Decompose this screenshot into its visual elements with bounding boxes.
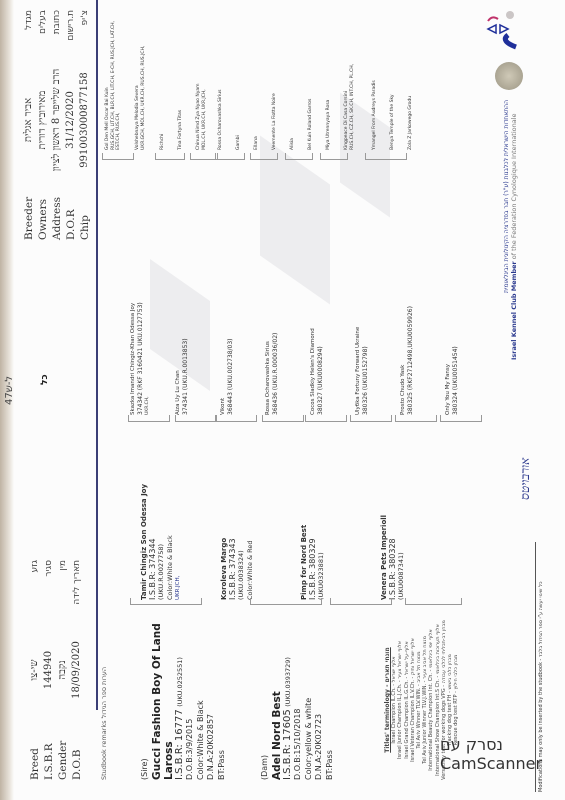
pedigree-bracket — [285, 153, 313, 160]
great-great-grandparent-card[interactable]: Gol Den Mell Oscar Bai KuinRUS.GCH, LIT.… — [105, 10, 122, 150]
pedigree-certificate: 47ל-ש כל Breedשי-צוגזעI.S.B.R144940סגירG… — [0, 0, 565, 800]
great-great-grandparent-card[interactable]: Zola Z Jarkowego Grodu — [408, 10, 414, 150]
great-grandparent-titles: UKR.CH, — [144, 255, 151, 415]
sire-dob: D.O.B:3/9/2015 — [185, 610, 196, 780]
great-grandparent-card[interactable]: Only You My Fansy380324 (UKU0051454) — [445, 255, 459, 415]
header-value: נקבה — [56, 630, 70, 710]
kennel-club-heb: ההתאחדות הישראלית לכלבנות (ע"ר) חבר בפדר… — [503, 100, 510, 360]
dam-bt: BT:Pass — [325, 610, 336, 780]
great-grandparent-name: Cocos Sladkiy Helen's Diamond — [310, 255, 317, 415]
great-great-grandparent-card[interactable]: Benya Temple of the Sky — [390, 10, 396, 150]
great-great-grandparent-card[interactable]: Bel Kuin Roland Garros — [308, 10, 314, 150]
grandparents-column: Tamir Chingiz Son Odessa JoyI.S.B.R: 374… — [0, 470, 565, 600]
great-great-grandparent-titles: UKR.GCH, MOL.CH, UKR.CH, RUS.CH, RUS.JCH… — [141, 10, 147, 150]
header-value: שי-צו — [28, 630, 42, 710]
studbook-remarks: Studbook remarks הערות ספר הגידול — [100, 667, 108, 780]
great-great-grandparent-name: Miya Utrennyaya Rosa — [326, 10, 332, 150]
great-grandparent-reg: 380324 (UKU0051454) — [452, 255, 459, 415]
pedigree-bracket — [128, 415, 170, 422]
pedigree-bracket — [262, 415, 304, 422]
titles-terminology-line: International Beauty Champion Int. Ch. -… — [428, 610, 434, 790]
sire-name: Gucci Fashion Boy Of Land Laross — [151, 610, 175, 780]
pedigree-bracket — [155, 153, 185, 160]
sire-bt: BT:Pass — [217, 610, 228, 780]
sire-isbr: I.S.B.R: 16777 (UKU.0252551) — [175, 610, 186, 780]
great-great-grandparent-name: Ellana — [254, 10, 260, 150]
fci-seal-icon — [495, 62, 523, 90]
pedigree-bracket — [320, 153, 348, 160]
camscanner-watermark: נסרק עם CamScanner — [440, 735, 565, 773]
dam-card[interactable]: (Dam) Adel Nord Best I.S.B.R: 17605 (UKU… — [260, 610, 335, 780]
great-great-grandparent-card[interactable]: Miya Utrennyaya Rosa — [326, 10, 332, 150]
sire-color: Color:White & Black — [196, 610, 207, 780]
sire-role: (Sire) — [140, 610, 151, 780]
pedigree-bracket — [350, 415, 392, 422]
pedigree-bracket — [215, 153, 245, 160]
dam-isbr: I.S.B.R: 17605 (UKU.0393729) — [283, 610, 294, 780]
header-label: D.O.R — [64, 180, 78, 240]
kennel-club-name: Israel Kennel Club Member — [510, 261, 518, 360]
great-grandparent-name: Aiza Uy Lu Chan — [175, 255, 182, 415]
great-grandparent-card[interactable]: Aiza Uy Lu Chan374341 (UKU.R.0013853) — [175, 255, 189, 415]
great-grandparent-name: Ulyбka Fortuny Forward Ukraine — [355, 255, 362, 415]
great-great-grandparent-name: Alisia — [290, 10, 296, 150]
great-grandparent-reg: 380325 (RKF2712498,UKU0059926) — [407, 255, 414, 415]
kennel-club-member-text: of the Federation Cynologique Internatio… — [510, 113, 518, 261]
great-great-grandparent-name: Rossa Ocharovashka Sirius — [218, 10, 224, 150]
great-grandparent-reg: 368436 (UKU.R.000036/02) — [272, 255, 279, 415]
great-grandparents-column: Skazka Imandri Chingiz-Khan Odessa Joy37… — [0, 265, 565, 415]
grandparent-isbr: I.S.B.R: 374343 — [229, 470, 238, 600]
great-grandparent-name: Rossa Ocharovashka Sirius — [265, 255, 272, 415]
header-value: 18/09/2020 — [70, 630, 84, 710]
pedigree-bracket — [250, 598, 322, 605]
header-label: Chip — [78, 180, 92, 240]
pedigree-bracket — [330, 598, 392, 605]
dam-dob: D.O.B:15/10/2018 — [293, 610, 304, 780]
pedigree-bracket — [250, 153, 278, 160]
grandparent-isbr: I.S.B.R: 374344 — [149, 470, 158, 600]
great-grandparent-reg: 368443 (UKU.002738/03) — [227, 255, 234, 415]
pedigree-bracket — [405, 598, 462, 605]
grandparent-card[interactable]: Pimp for Nord BestI.S.B.R: 380329(UKU032… — [300, 470, 326, 600]
dam-role: (Dam) — [260, 610, 271, 780]
pedigree-bracket — [305, 415, 347, 422]
header-label: I.S.B.R — [42, 710, 56, 780]
great-great-grandparent-name: Bel Kuin Roland Garros — [308, 10, 314, 150]
header-label: Breed — [28, 710, 42, 780]
ikc-logo-icon — [480, 7, 528, 55]
great-great-grandparent-card[interactable]: Alisia — [290, 10, 296, 150]
great-great-grandparent-card[interactable]: Tina Fortyna Titas — [178, 10, 184, 150]
grandparent-reg: (UKU.R.0027758) — [157, 470, 166, 600]
grandparent-isbr: I.S.B.R: 380329 — [309, 470, 318, 600]
header-value: 144940 — [42, 630, 56, 710]
great-great-grandparent-name: Ymangel From Audreys Paradis — [372, 10, 378, 150]
pedigree-bracket — [102, 153, 134, 160]
registrar-signature: אורבויטס — [518, 458, 533, 500]
great-grandparent-card[interactable]: Rossa Ocharovashka Sirius368436 (UKU.R.0… — [265, 255, 279, 415]
pedigree-bracket — [215, 415, 257, 422]
header-label: Owners — [36, 180, 50, 240]
header-label: Gender — [56, 710, 70, 780]
great-grandparent-card[interactable]: Skazka Imandri Chingiz-Khan Odessa Joy37… — [130, 255, 151, 415]
great-great-grandparent-card[interactable]: Ymangel From Audreys Paradis — [372, 10, 378, 150]
grandparent-reg: (UKU0087341) — [397, 470, 406, 600]
grandparent-color: Color:White & Red — [246, 470, 255, 600]
great-great-grandparent-card[interactable]: Veemente La Fiotta Noire — [272, 10, 278, 150]
great-great-grandparent-name: Benya Temple of the Sky — [390, 10, 396, 150]
sire-card[interactable]: (Sire) Gucci Fashion Boy Of Land Laross … — [140, 610, 227, 780]
pedigree-bracket — [190, 153, 218, 160]
grandparent-titles: UKR.JCH, — [174, 470, 183, 600]
great-grandparent-card[interactable]: Cocos Sladkiy Helen's Diamond380327 (UKU… — [310, 255, 324, 415]
sire-dna: D.N.A:20K02857 — [206, 610, 217, 780]
great-grandparent-name: Skazka Imandri Chingiz-Khan Odessa Joy — [130, 255, 137, 415]
great-great-grandparent-name: Veemente La Fiotta Noire — [272, 10, 278, 150]
pedigree-bracket — [130, 598, 202, 605]
great-grandparent-name: Prosto Chudo Yask — [400, 255, 407, 415]
great-great-grandparent-card[interactable]: Rossa Ocharovashka Sirius — [218, 10, 224, 150]
grandparent-reg: (UKU.0038324) — [237, 470, 246, 600]
header-label: Address — [50, 180, 64, 240]
grandparent-card[interactable]: Tamir Chingiz Son Odessa JoyI.S.B.R: 374… — [140, 470, 183, 600]
great-great-grandparent-card[interactable]: Richchi — [160, 10, 166, 150]
great-grandparent-reg: 380327 (UKU0008294) — [317, 255, 324, 415]
pedigree-bracket — [175, 415, 217, 422]
pedigree-bracket — [440, 415, 482, 422]
great-great-grandparent-name: Zola Z Jarkowego Grodu — [408, 10, 414, 150]
great-grandparent-name: Only You My Fansy — [445, 255, 452, 415]
great-great-grandparent-card[interactable]: Gambi — [236, 10, 242, 150]
great-grandparent-name: Vikont — [220, 255, 227, 415]
kennel-club-footer: ההתאחדות הישראלית לכלבנות (ע"ר) חבר בפדר… — [503, 100, 518, 360]
great-grandparent-card[interactable]: Vikont368443 (UKU.002738/03) — [220, 255, 234, 415]
grandparent-card[interactable]: Koroleva MargoI.S.B.R: 374343(UKU.003832… — [220, 470, 254, 600]
pedigree-bracket — [365, 153, 407, 160]
header-label: Breeder — [22, 180, 36, 240]
grandparent-reg: (UKU0323881) — [317, 470, 326, 600]
great-great-grandparent-titles: MOL.CH, UKR.CH, UKR.JCH, — [202, 10, 208, 150]
header-label: D.O.B — [70, 710, 84, 780]
great-great-grandparent-card[interactable]: Ellana — [254, 10, 260, 150]
great-grandparent-reg: 380326 (UKU0152798) — [362, 255, 369, 415]
great-great-grandparent-name: Richchi — [160, 10, 166, 150]
great-grandparent-card[interactable]: Ulyбka Fortuny Forward Ukraine380326 (UK… — [355, 255, 369, 415]
dam-color: Color:yellow & white — [304, 610, 315, 780]
scanned-page: 47ל-ש כל Breedשי-צוגזעI.S.B.R144940סגירG… — [0, 0, 565, 800]
great-great-grandparent-name: Gambi — [236, 10, 242, 150]
grandparent-isbr: I.S.B.R: 380328 — [389, 470, 398, 600]
great-grandparent-reg: 374342 (RKF 3160421 UKU.0127753) — [137, 255, 144, 415]
great-great-grandparent-name: Tina Fortyna Titas — [178, 10, 184, 150]
great-great-grandparent-titles: RUS.GCH, LIT.CH, BLR.CH, LIT.CH, E-CH, R… — [111, 10, 122, 150]
great-grandparent-card[interactable]: Prosto Chudo Yask380325 (RKF2712498,UKU0… — [400, 255, 414, 415]
great-great-grandparent-titles: RUS.CH, CZ.CH, SK.CH, INT.CH, PL.CH, — [350, 10, 356, 150]
pedigree-bracket — [395, 415, 437, 422]
grandparent-color: Color:White & Black — [166, 470, 175, 600]
great-great-grandparent-card[interactable]: Kingpeace Di Casa CorsiniRUS.CH, CZ.CH, … — [344, 10, 355, 150]
dam-dna: D.N.A:20K02723 — [314, 610, 325, 780]
great-grandparent-reg: 374341 (UKU.R.0013853) — [182, 255, 189, 415]
great-great-grandparent-card[interactable]: Volshebnaya Melodia SeveraUKR.GCH, MOL.C… — [135, 10, 146, 150]
great-great-grandparent-card[interactable]: Chinua Nimd Zya Nyao NyamMOL.CH, UKR.CH,… — [196, 10, 207, 150]
grandparent-card[interactable]: Venera Pets ImperiollI.S.B.R: 380328(UKU… — [380, 470, 406, 600]
